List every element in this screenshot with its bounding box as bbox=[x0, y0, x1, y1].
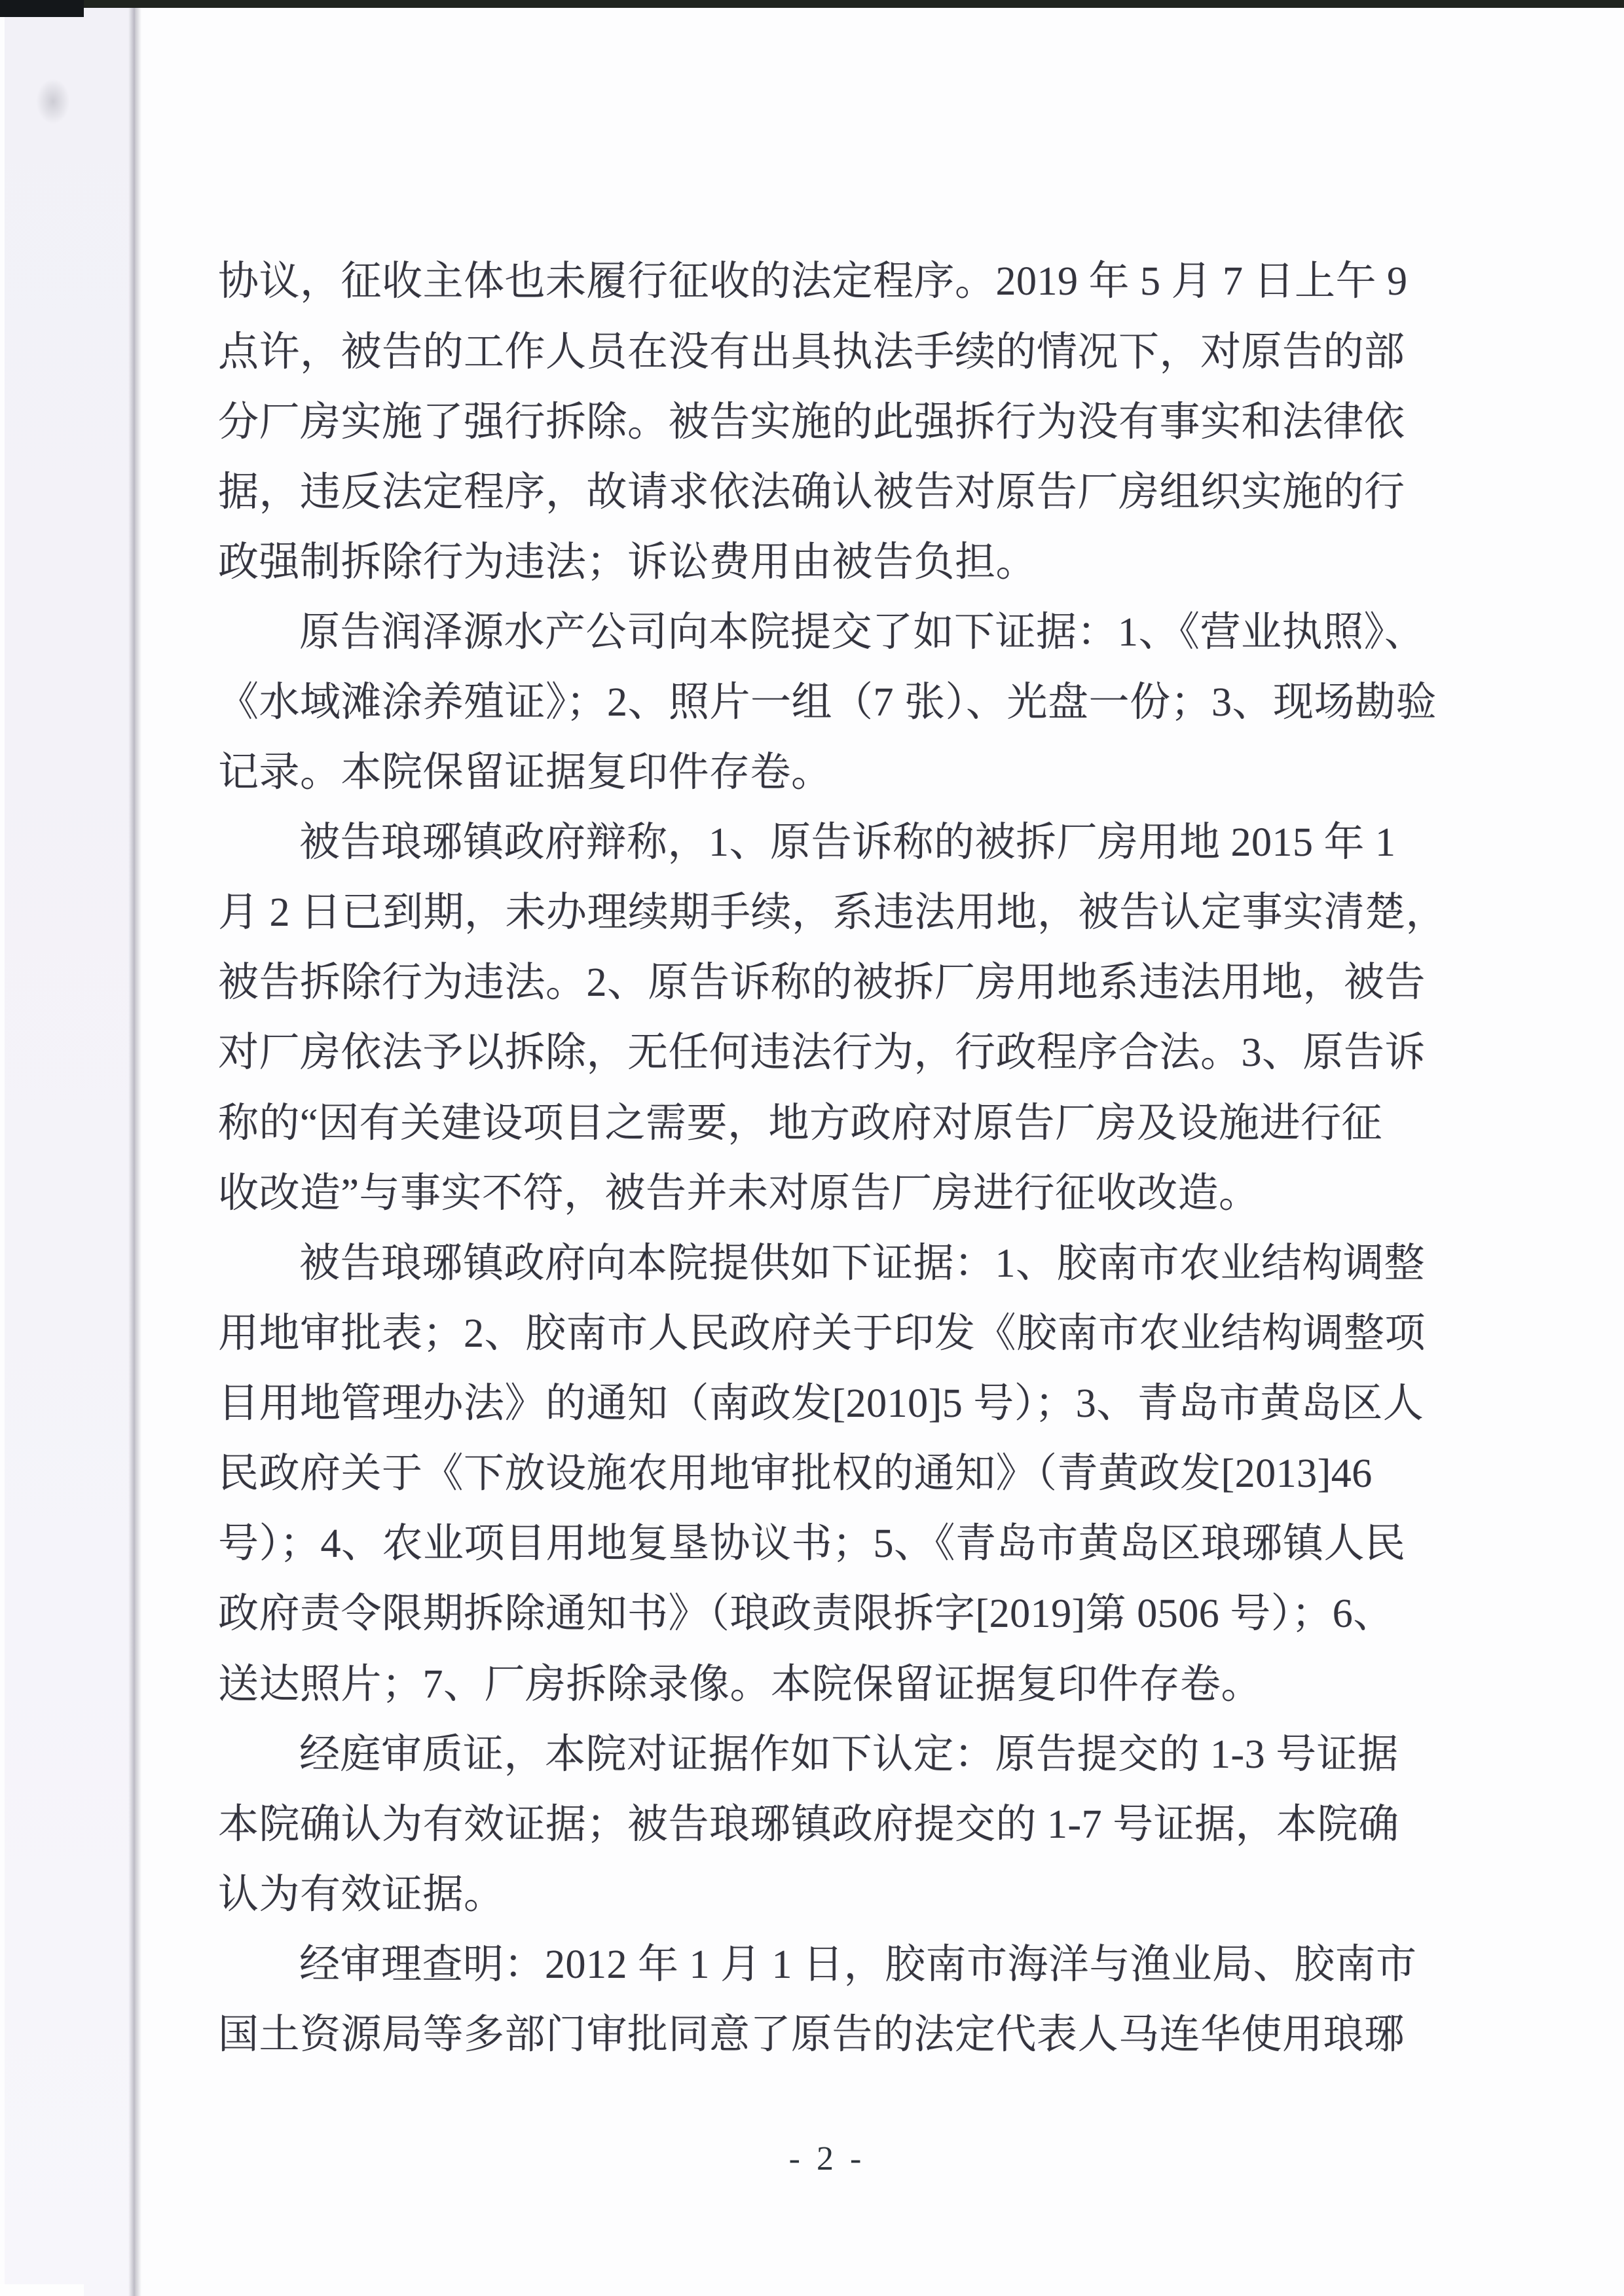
text-line-3: 分厂房实施了强行拆除。被告实施的此强拆行为没有事实和法律依 bbox=[218, 387, 1443, 458]
text-line-18: 民政府关于《下放设施农用地审批权的通知》（青黄政发[2013]46 bbox=[218, 1438, 1443, 1509]
scanner-edge-bar bbox=[0, 0, 1624, 8]
text-line-24: 认为有效证据。 bbox=[218, 1859, 1443, 1930]
text-line-6: 原告润泽源水产公司向本院提交了如下证据：1、《营业执照》、 bbox=[218, 597, 1524, 668]
text-line-25: 经审理查明：2012 年 1 月 1 日，胶南市海洋与渔业局、胶南市 bbox=[218, 1929, 1524, 2000]
scan-smudge bbox=[36, 79, 70, 124]
text-line-11: 被告拆除行为违法。2、原告诉称的被拆厂房用地系违法用地，被告 bbox=[218, 947, 1443, 1018]
text-line-2: 点许，被告的工作人员在没有出具执法手续的情况下，对原告的部 bbox=[218, 317, 1443, 388]
text-line-23: 本院确认为有效证据；被告琅琊镇政府提交的 1-7 号证据，本院确 bbox=[218, 1789, 1443, 1860]
text-line-16: 用地审批表；2、胶南市人民政府关于印发《胶南市农业结构调整项 bbox=[218, 1298, 1443, 1369]
text-line-9: 被告琅琊镇政府辩称，1、原告诉称的被拆厂房用地 2015 年 1 bbox=[218, 807, 1524, 878]
text-line-21: 送达照片；7、厂房拆除录像。本院保留证据复印件存卷。 bbox=[218, 1649, 1443, 1720]
bottom-left-patch bbox=[0, 2284, 84, 2296]
page-number: - 2 - bbox=[218, 2133, 1436, 2185]
text-line-13: 称的“因有关建设项目之需要，地方政府对原告厂房及设施进行征 bbox=[218, 1088, 1443, 1159]
scanned-court-document-page: { "document": { "kind": "scanned court j… bbox=[0, 0, 1624, 2296]
text-line-22: 经庭审质证，本院对证据作如下认定：原告提交的 1-3 号证据 bbox=[218, 1719, 1524, 1790]
text-line-4: 据，违反法定程序，故请求依法确认被告对原告厂房组织实施的行 bbox=[218, 457, 1443, 528]
text-line-1: 协议，征收主体也未履行征收的法定程序。2019 年 5 月 7 日上午 9 bbox=[218, 246, 1443, 317]
text-line-20: 政府责令限期拆除通知书》（琅政责限拆字[2019]第 0506 号）；6、 bbox=[218, 1578, 1443, 1649]
scanner-left-sliver bbox=[0, 8, 5, 2296]
text-line-15: 被告琅琊镇政府向本院提供如下证据：1、胶南市农业结构调整 bbox=[218, 1228, 1524, 1299]
text-line-10: 月 2 日已到期，未办理续期手续，系违法用地，被告认定事实清楚， bbox=[218, 877, 1443, 948]
text-line-8: 记录。本院保留证据复印件存卷。 bbox=[218, 737, 1443, 808]
scanner-edge-corner bbox=[0, 0, 84, 17]
text-line-19: 号）；4、农业项目用地复垦协议书；5、《青岛市黄岛区琅琊镇人民 bbox=[218, 1508, 1443, 1579]
text-line-12: 对厂房依法予以拆除，无任何违法行为，行政程序合法。3、原告诉 bbox=[218, 1017, 1443, 1088]
text-line-26: 国土资源局等多部门审批同意了原告的法定代表人马连华使用琅琊 bbox=[218, 1999, 1443, 2070]
text-line-17: 目用地管理办法》的通知（南政发[2010]5 号）；3、青岛市黄岛区人 bbox=[218, 1368, 1443, 1439]
text-line-5: 政强制拆除行为违法；诉讼费用由被告负担。 bbox=[218, 527, 1443, 598]
page-edge-shadow bbox=[128, 8, 141, 2296]
text-line-7: 《水域滩涂养殖证》；2、照片一组（7 张）、光盘一份；3、现场勘验 bbox=[218, 667, 1443, 738]
text-line-14: 收改造”与事实不符，被告并未对原告厂房进行征收改造。 bbox=[218, 1158, 1443, 1229]
adjacent-page-strip bbox=[0, 0, 135, 2296]
